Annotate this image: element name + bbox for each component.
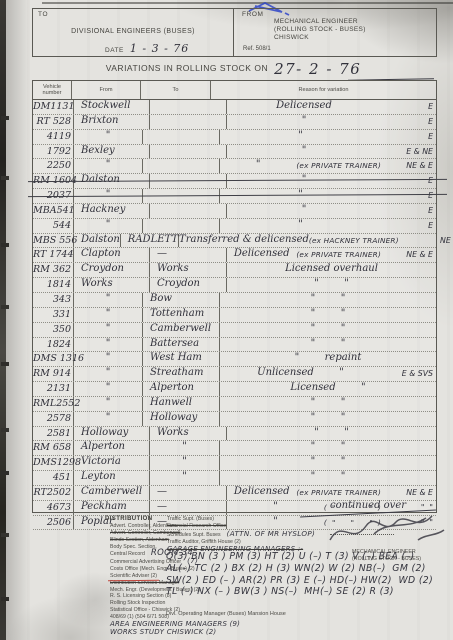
reason-text: Licensed " bbox=[220, 382, 436, 396]
vehicle-cell: DM1131 bbox=[33, 100, 74, 114]
vehicle-cell: 343 bbox=[33, 293, 74, 307]
reason-text: Delicensed bbox=[227, 248, 296, 262]
signature-title-line1: MECHANICAL ENGINEER bbox=[352, 549, 421, 556]
reason-cell: DelicensedE bbox=[227, 100, 436, 114]
from-cell: " bbox=[74, 352, 143, 366]
reason-cell: "E bbox=[220, 219, 436, 233]
table-row: 451Leyton"" " bbox=[33, 471, 436, 486]
reason-cell: "E bbox=[227, 174, 436, 188]
table-row: RML2552"Hanwell" " bbox=[33, 397, 436, 412]
to-cell: Works bbox=[150, 427, 227, 441]
reason-code: E & SVS bbox=[381, 367, 436, 381]
distribution-item: WORKS STUDY CHISWICK (2) bbox=[110, 629, 228, 637]
to-cell bbox=[150, 115, 227, 129]
vehicle-cell: 451 bbox=[33, 471, 74, 485]
col-header-reason: Reason for variation bbox=[211, 81, 436, 99]
to-cell: Streatham bbox=[143, 367, 220, 381]
from-cell: Croydon bbox=[74, 263, 150, 277]
distribution-item-text: WORKS STUDY CHISWICK (2) bbox=[110, 628, 216, 636]
reason-cell: " repaint bbox=[220, 352, 436, 366]
table-row: RM 362CroydonWorksLicensed overhaul bbox=[33, 263, 436, 278]
vehicle-cell: MBS 556 bbox=[33, 234, 74, 248]
operating-manager-line: Divl. Operating Manager (Buses) Mansion … bbox=[166, 611, 286, 617]
date-row: DATE1 - 3 - 76 bbox=[105, 42, 189, 55]
vehicle-cell: RM 362 bbox=[33, 263, 74, 277]
col-header-from: From bbox=[72, 81, 141, 99]
signature-title-line2: (ROLLING STOCK - BUSES) bbox=[352, 556, 421, 563]
from-cell: Peckham bbox=[74, 501, 150, 515]
to-cell: — bbox=[150, 248, 227, 262]
vehicle-cell: 4673 bbox=[33, 501, 74, 515]
vehicle-cell: 1792 bbox=[33, 145, 74, 159]
reason-caps-note: (ex PRIVATE TRAINER) bbox=[296, 159, 381, 173]
reason-text: " " bbox=[220, 471, 436, 485]
col-header-vehicle: Vehicle number bbox=[33, 81, 72, 99]
header-from-cell: FROM MECHANICAL ENGINEER (ROLLING STOCK … bbox=[234, 9, 436, 56]
from-cell: " bbox=[74, 293, 143, 307]
reason-code: E bbox=[381, 115, 436, 129]
from-cell: Hackney bbox=[74, 204, 150, 218]
to-cell bbox=[150, 204, 227, 218]
reason-text: " " bbox=[220, 323, 436, 337]
table-row: DM1131StockwellDelicensedE bbox=[33, 100, 436, 115]
reason-text: Unlicensed " bbox=[220, 367, 381, 381]
to-cell: — bbox=[150, 501, 227, 515]
to-cell bbox=[143, 159, 220, 173]
reason-cell: " " bbox=[220, 471, 436, 485]
reason-caps-note: (ex HACKNEY TRAINER) bbox=[309, 234, 399, 248]
table-row: RM 658Alperton"" " bbox=[33, 441, 436, 456]
vehicle-cell: DMS 1316 bbox=[33, 352, 74, 366]
vehicle-header-line2: number bbox=[33, 90, 71, 96]
from-cell: Clapton bbox=[74, 248, 150, 262]
table-row: 1814WorksCroydon" " bbox=[33, 278, 436, 293]
vehicle-cell: 2250 bbox=[33, 159, 74, 173]
from-line2: (ROLLING STOCK - BUSES) bbox=[274, 26, 366, 34]
reason-cell: Transferred & delicensed(ex HACKNEY TRAI… bbox=[179, 234, 453, 248]
reason-text: " " bbox=[220, 338, 436, 352]
date-label: DATE bbox=[105, 47, 124, 54]
to-cell bbox=[143, 130, 220, 144]
reason-text: " bbox=[227, 204, 381, 218]
table-row: 2250""(ex PRIVATE TRAINER)NE & E bbox=[33, 159, 436, 174]
from-cell: Holloway bbox=[74, 427, 150, 441]
from-cell: Brixton bbox=[74, 115, 150, 129]
reason-text: " " bbox=[220, 293, 436, 307]
scan-left-edge bbox=[0, 0, 6, 640]
variations-table: Vehicle number From To Reason for variat… bbox=[32, 80, 437, 513]
vehicle-cell: 2578 bbox=[33, 412, 74, 426]
reason-text: " bbox=[227, 174, 381, 188]
from-cell: " bbox=[74, 323, 143, 337]
from-cell: Stockwell bbox=[74, 100, 150, 114]
from-cell: " bbox=[74, 382, 143, 396]
to-cell: Camberwell bbox=[143, 323, 220, 337]
reason-cell: " " bbox=[227, 427, 436, 441]
from-cell: " bbox=[74, 219, 143, 233]
from-cell: Dalston bbox=[74, 174, 150, 188]
garage-code-line: TL (–) NX (– ) BW(3 ) NS(–) MH(–) SE (2)… bbox=[166, 586, 433, 598]
table-row: MBS 556DalstonRADLETTTransferred & delic… bbox=[33, 234, 436, 249]
vehicle-cell: 1824 bbox=[33, 338, 74, 352]
from-label: FROM bbox=[242, 11, 264, 18]
vehicle-cell: RT 528 bbox=[33, 115, 74, 129]
to-cell: Works bbox=[150, 263, 227, 277]
reason-cell: Licensed " bbox=[220, 382, 436, 396]
title-date-handwritten: 27- 2 - 76 bbox=[274, 60, 361, 78]
from-cell: " bbox=[74, 159, 143, 173]
to-cell: Hanwell bbox=[143, 397, 220, 411]
table-row: RM 1604Dalston"E bbox=[33, 174, 436, 189]
to-value: DIVISIONAL ENGINEERS (BUSES) bbox=[33, 28, 233, 35]
distribution-item-text: Financial Research Office bbox=[167, 523, 226, 529]
vehicle-cell: DMS1298 bbox=[33, 456, 74, 470]
reason-text: Delicensed bbox=[227, 100, 381, 114]
header-to-cell: TO DIVISIONAL ENGINEERS (BUSES) DATE1 - … bbox=[33, 9, 234, 56]
reason-cell: "E bbox=[227, 115, 436, 129]
vehicle-cell: 350 bbox=[33, 323, 74, 337]
vehicle-cell: 2131 bbox=[33, 382, 74, 396]
vehicle-cell: RT 1744 bbox=[33, 248, 74, 262]
reason-cell: "E bbox=[220, 130, 436, 144]
to-cell: " bbox=[150, 441, 220, 455]
reason-text: Transferred & delicensed bbox=[179, 234, 309, 248]
to-cell: Tottenham bbox=[143, 308, 220, 322]
to-label: TO bbox=[38, 11, 48, 18]
vehicle-cell: RM 1604 bbox=[33, 174, 74, 188]
reason-cell: " " bbox=[220, 323, 436, 337]
table-row: 1792Bexley"E & NE bbox=[33, 145, 436, 160]
vehicle-cell: 544 bbox=[33, 219, 74, 233]
from-cell: " bbox=[74, 397, 143, 411]
table-row: DMS 1316"West Ham" repaint bbox=[33, 352, 436, 367]
reason-cell: "E bbox=[227, 204, 436, 218]
table-row: RT 1744Clapton—Delicensed(ex PRIVATE TRA… bbox=[33, 248, 436, 263]
garage-code-line: SW(2 ) ED (– ) AR(2) PR (3) E (–) HD(–) … bbox=[166, 575, 433, 587]
reason-code: E & NE bbox=[381, 145, 436, 159]
to-cell: Holloway bbox=[143, 412, 220, 426]
to-cell bbox=[150, 100, 227, 114]
table-row: 343"Bow" " bbox=[33, 293, 436, 308]
vehicle-cell: 4119 bbox=[33, 130, 74, 144]
vehicle-cell: 1814 bbox=[33, 278, 74, 292]
from-cell: Works bbox=[74, 278, 150, 292]
distribution-item-text: Traffic Supt. (Buses) bbox=[167, 516, 214, 522]
from-line3: CHISWICK bbox=[274, 34, 366, 42]
distribution-item-text: Rolling Stock Inspection bbox=[110, 600, 165, 606]
reason-caps-note: (ex PRIVATE TRAINER) bbox=[296, 248, 381, 262]
reason-code: E bbox=[381, 100, 436, 114]
reason-cell: "(ex PRIVATE TRAINER)NE & E bbox=[220, 159, 436, 173]
table-row: 2131"AlpertonLicensed " bbox=[33, 382, 436, 397]
scanned-document-page: TO DIVISIONAL ENGINEERS (BUSES) DATE1 - … bbox=[0, 0, 453, 640]
table-row: 2578"Holloway" " bbox=[33, 412, 436, 427]
distribution-item-text: Schedules Supt. Buses bbox=[167, 532, 221, 538]
reason-text: " bbox=[227, 145, 381, 159]
vehicle-cell: RT2502 bbox=[33, 486, 74, 500]
to-cell: Alperton bbox=[143, 382, 220, 396]
reason-cell: " " bbox=[220, 308, 436, 322]
reason-cell: " " bbox=[220, 338, 436, 352]
table-row: DMS1298Victoria"" " bbox=[33, 456, 436, 471]
from-cell: Camberwell bbox=[74, 486, 150, 500]
from-cell: " bbox=[74, 189, 143, 203]
reason-cell: Delicensed(ex PRIVATE TRAINER)NE & E bbox=[227, 486, 436, 500]
distribution-item-text: AREA ENGINEERING MANAGERS (9) bbox=[110, 620, 240, 628]
from-cell: Bexley bbox=[74, 145, 150, 159]
distribution-item-text: Blinds Section, Aldenham bbox=[110, 537, 169, 543]
reason-text: " " bbox=[220, 412, 436, 426]
vehicle-cell: 331 bbox=[33, 308, 74, 322]
vehicle-cell: 2506 bbox=[33, 516, 74, 530]
table-row: 331"Tottenham" " bbox=[33, 308, 436, 323]
table-row: 4119""E bbox=[33, 130, 436, 145]
to-cell: West Ham bbox=[143, 352, 220, 366]
table-header-row: Vehicle number From To Reason for variat… bbox=[33, 81, 436, 100]
ref-number: Ref. 508/1 bbox=[243, 46, 271, 52]
reason-text: " bbox=[220, 159, 296, 173]
reason-code: NE & E bbox=[381, 486, 436, 500]
reason-text: Delicensed bbox=[227, 486, 296, 500]
reason-text: " " bbox=[227, 278, 436, 292]
distribution-item-text: Scientific Adviser (2) bbox=[110, 573, 157, 580]
vehicle-cell: RM 914 bbox=[33, 367, 74, 381]
header-box: TO DIVISIONAL ENGINEERS (BUSES) DATE1 - … bbox=[32, 8, 437, 57]
from-cell: " bbox=[74, 367, 143, 381]
vehicle-cell: RML2552 bbox=[33, 397, 74, 411]
reason-text: " bbox=[220, 189, 381, 203]
reason-cell: Unlicensed "E & SVS bbox=[220, 367, 436, 381]
reason-text: Licensed overhaul bbox=[227, 263, 436, 277]
table-row: RT2502Camberwell—Delicensed(ex PRIVATE T… bbox=[33, 486, 436, 501]
reason-code: NE & E bbox=[381, 248, 436, 262]
reason-text: " " bbox=[220, 441, 436, 455]
table-row: 2037""E bbox=[33, 189, 436, 204]
table-row: MBA541Hackney"E bbox=[33, 204, 436, 219]
title-printed: VARIATIONS IN ROLLING STOCK ON bbox=[106, 63, 268, 73]
reason-cell: " " bbox=[220, 397, 436, 411]
reason-code: E bbox=[381, 219, 436, 233]
reason-text: " " bbox=[220, 308, 436, 322]
reason-code: NE & E bbox=[381, 159, 436, 173]
distribution-item-text: R. S. Licensing Section (8) bbox=[110, 593, 171, 599]
vehicle-cell: RM 658 bbox=[33, 441, 74, 455]
reason-code: E bbox=[381, 130, 436, 144]
reason-text: " bbox=[227, 115, 381, 129]
from-cell: Dalston bbox=[74, 234, 121, 248]
date-handwritten: 1 - 3 - 76 bbox=[130, 42, 189, 55]
from-cell: " bbox=[74, 308, 143, 322]
distribution-item: Rolling Stock Inspection bbox=[110, 600, 228, 607]
signature-block: MECHANICAL ENGINEER (ROLLING STOCK - BUS… bbox=[352, 549, 421, 563]
to-cell: Battersea bbox=[143, 338, 220, 352]
reason-caps-note: (ex PRIVATE TRAINER) bbox=[296, 486, 381, 500]
document-title: VARIATIONS IN ROLLING STOCK ON27- 2 - 76 bbox=[32, 60, 435, 79]
distribution-item-text: Body Spec. Section, bbox=[110, 544, 157, 550]
garage-code-line: AL(–) TC (2 ) BX (2) H (3) WN(2) W (2) N… bbox=[166, 563, 433, 575]
reason-cell: Licensed overhaul bbox=[227, 263, 436, 277]
table-row: RT 528Brixton"E bbox=[33, 115, 436, 130]
table-row: 1824"Battersea" " bbox=[33, 338, 436, 353]
col-header-to: To bbox=[141, 81, 211, 99]
to-cell: RADLETT bbox=[121, 234, 179, 248]
table-row: 544""E bbox=[33, 219, 436, 234]
handwritten-annotation: (ATTN. OF MR HYSLOP) bbox=[227, 529, 315, 538]
to-cell: " bbox=[150, 456, 220, 470]
to-cell bbox=[143, 189, 220, 203]
from-cell: " bbox=[74, 412, 143, 426]
reason-cell: " " bbox=[220, 293, 436, 307]
to-cell: Bow bbox=[143, 293, 220, 307]
table-row: RM 914"StreathamUnlicensed "E & SVS bbox=[33, 367, 436, 382]
to-cell: " bbox=[150, 471, 220, 485]
reason-cell: " " bbox=[220, 412, 436, 426]
reason-cell: "E bbox=[220, 189, 436, 203]
reason-cell: "E & NE bbox=[227, 145, 436, 159]
reason-text: " repaint bbox=[220, 352, 436, 366]
to-cell: Croydon bbox=[150, 278, 227, 292]
reason-text: " bbox=[220, 130, 381, 144]
reason-text: " " bbox=[227, 427, 436, 441]
from-line1: MECHANICAL ENGINEER bbox=[274, 18, 366, 26]
to-cell bbox=[150, 145, 227, 159]
binder-marks bbox=[1, 0, 9, 4]
reason-cell: " " bbox=[220, 441, 436, 455]
from-address: MECHANICAL ENGINEER (ROLLING STOCK - BUS… bbox=[274, 18, 366, 42]
reason-text: " " bbox=[220, 397, 436, 411]
from-cell: " bbox=[74, 130, 143, 144]
from-cell: Alperton bbox=[74, 441, 150, 455]
reason-cell: " " bbox=[227, 278, 436, 292]
distribution-item-text: Central Record bbox=[110, 551, 145, 557]
reason-code: E bbox=[381, 174, 436, 188]
reason-text: " bbox=[227, 501, 324, 515]
distribution-heading: DISTRIBUTION bbox=[105, 516, 152, 522]
vehicle-cell: 2037 bbox=[33, 189, 74, 203]
from-cell: " bbox=[74, 338, 143, 352]
to-cell bbox=[150, 174, 227, 188]
reason-text: " " bbox=[220, 456, 436, 470]
reason-code: NE bbox=[399, 234, 453, 248]
table-row: 2581HollowayWorks" " bbox=[33, 427, 436, 442]
reason-cell: Delicensed(ex PRIVATE TRAINER)NE & E bbox=[227, 248, 436, 262]
table-body: DM1131StockwellDelicensedERT 528Brixton"… bbox=[33, 100, 436, 530]
to-cell bbox=[143, 219, 220, 233]
reason-code: E bbox=[381, 189, 436, 203]
vehicle-cell: 2581 bbox=[33, 427, 74, 441]
reason-cell: " " bbox=[220, 456, 436, 470]
reason-code: E bbox=[381, 204, 436, 218]
from-cell: Victoria bbox=[74, 456, 150, 470]
vehicle-cell: MBA541 bbox=[33, 204, 74, 218]
to-cell: — bbox=[150, 486, 227, 500]
reason-text: " bbox=[220, 219, 381, 233]
from-cell: Leyton bbox=[74, 471, 150, 485]
table-row: 350"Camberwell" " bbox=[33, 323, 436, 338]
